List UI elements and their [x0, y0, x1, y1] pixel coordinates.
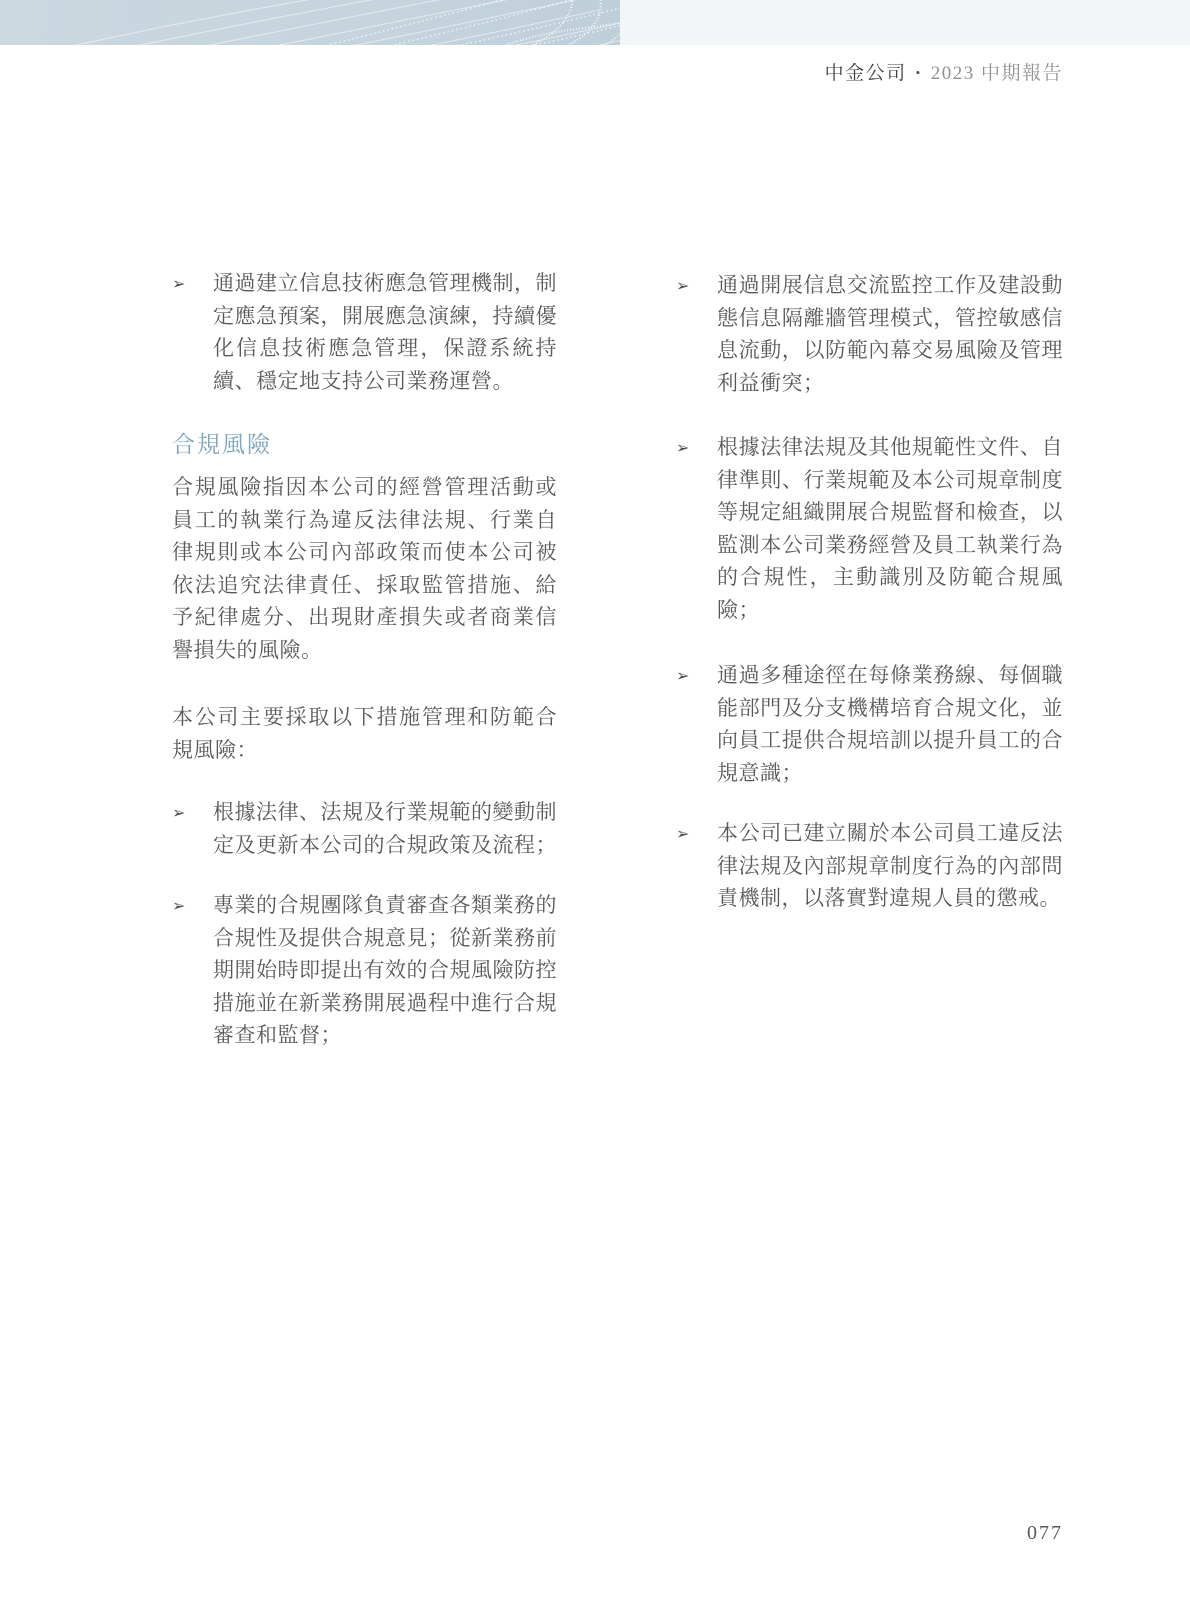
- arrow-bullet-icon: ➢: [172, 268, 213, 301]
- section-heading-compliance-risk: 合規風險: [172, 429, 557, 459]
- bullet-text: 通過開展信息交流監控工作及建設動態信息隔離牆管理模式，管控敏感信息流動，以防範內…: [717, 270, 1063, 400]
- paragraph: 本公司主要採取以下措施管理和防範合規風險：: [172, 702, 557, 767]
- arrow-bullet-icon: ➢: [172, 890, 213, 923]
- decorative-band: [0, 0, 620, 45]
- band-pattern-icon: [0, 0, 620, 45]
- header-company-name: 中金公司: [825, 63, 907, 84]
- bullet-item: ➢ 本公司已建立關於本公司員工違反法律法規及內部規章制度行為的內部問責機制，以落…: [676, 818, 1063, 916]
- bullet-item: ➢ 根據法律法規及其他規範性文件、自律準則、行業規範及本公司規章制度等規定組織開…: [676, 432, 1063, 627]
- bullet-item: ➢ 通過建立信息技術應急管理機制，制定應急預案，開展應急演練，持續優化信息技術應…: [172, 268, 557, 398]
- header-separator-dot-icon: •: [916, 65, 922, 80]
- arrow-bullet-icon: ➢: [676, 270, 717, 303]
- right-column: ➢ 通過開展信息交流監控工作及建設動態信息隔離牆管理模式，管控敏感信息流動，以防…: [676, 270, 1063, 947]
- bullet-text: 根據法律法規及其他規範性文件、自律準則、行業規範及本公司規章制度等規定組織開展合…: [717, 432, 1063, 627]
- header-report-title: 2023 中期報告: [931, 63, 1063, 84]
- bullet-item: ➢ 通過多種途徑在每條業務線、每個職能部門及分支機構培育合規文化，並向員工提供合…: [676, 660, 1063, 790]
- bullet-text: 專業的合規團隊負責審查各類業務的合規性及提供合規意見；從新業務前期開始時即提出有…: [213, 890, 557, 1053]
- bullet-text: 根據法律、法規及行業規範的變動制定及更新本公司的合規政策及流程；: [213, 797, 557, 862]
- arrow-bullet-icon: ➢: [172, 797, 213, 830]
- left-column: ➢ 通過建立信息技術應急管理機制，制定應急預案，開展應急演練，持續優化信息技術應…: [172, 268, 557, 1084]
- page-number: 077: [1027, 1522, 1063, 1545]
- bullet-item: ➢ 通過開展信息交流監控工作及建設動態信息隔離牆管理模式，管控敏感信息流動，以防…: [676, 270, 1063, 400]
- bullet-item: ➢ 專業的合規團隊負責審查各類業務的合規性及提供合規意見；從新業務前期開始時即提…: [172, 890, 557, 1053]
- report-header: 中金公司•2023 中期報告: [825, 58, 1063, 85]
- arrow-bullet-icon: ➢: [676, 818, 717, 851]
- bullet-text: 本公司已建立關於本公司員工違反法律法規及內部規章制度行為的內部問責機制，以落實對…: [717, 818, 1063, 916]
- top-strip: [0, 0, 1190, 45]
- bullet-text: 通過建立信息技術應急管理機制，制定應急預案，開展應急演練，持續優化信息技術應急管…: [213, 268, 557, 398]
- bullet-item: ➢ 根據法律、法規及行業規範的變動制定及更新本公司的合規政策及流程；: [172, 797, 557, 862]
- arrow-bullet-icon: ➢: [676, 660, 717, 693]
- arrow-bullet-icon: ➢: [676, 432, 717, 465]
- paragraph: 合規風險指因本公司的經營管理活動或員工的執業行為違反法律法規、行業自律規則或本公…: [172, 472, 557, 667]
- bullet-text: 通過多種途徑在每條業務線、每個職能部門及分支機構培育合規文化，並向員工提供合規培…: [717, 660, 1063, 790]
